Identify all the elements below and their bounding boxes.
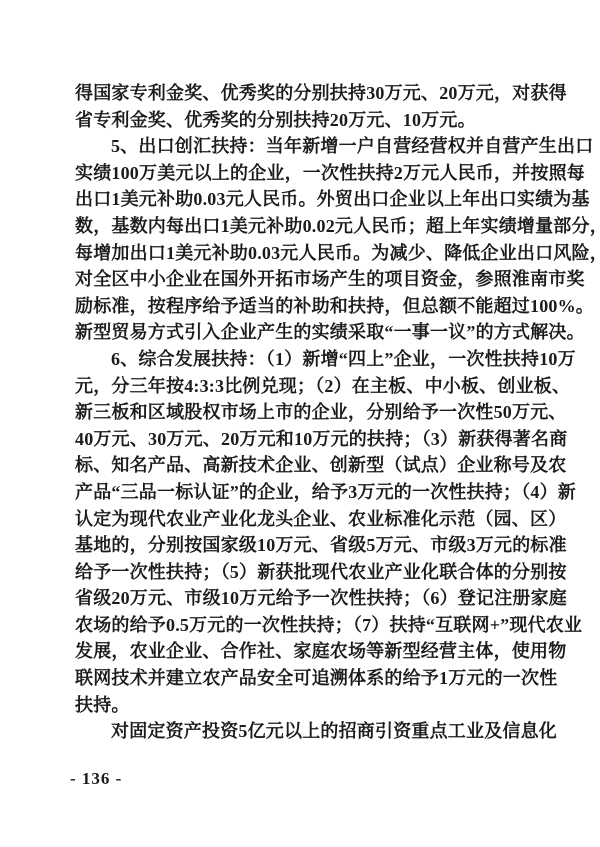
text-line: 联网技术并建立农产品安全可追溯体系的给予1万元的一次性 xyxy=(75,665,526,692)
text-line: 产品“三品一标认证”的企业，给予3万元的一次性扶持；（4）新 xyxy=(75,479,526,506)
document-content: 得国家专利金奖、优秀奖的分别扶持30万元、20万元，对获得省专利金奖、优秀奖的分… xyxy=(75,80,526,745)
text-line: 对全区中小企业在国外开拓市场产生的项目资金，参照淮南市奖 xyxy=(75,266,526,293)
page-footer: - 136 - xyxy=(70,768,122,790)
text-line: 出口1美元补助0.03元人民币。外贸出口企业以上年出口实绩为基 xyxy=(75,186,526,213)
document-page: 得国家专利金奖、优秀奖的分别扶持30万元、20万元，对获得省专利金奖、优秀奖的分… xyxy=(0,0,600,847)
text-line: 对固定资产投资5亿元以上的招商引资重点工业及信息化 xyxy=(75,718,526,745)
text-line: 省专利金奖、优秀奖的分别扶持20万元、10万元。 xyxy=(75,107,526,134)
text-line: 新型贸易方式引入企业产生的实绩采取“一事一议”的方式解决。 xyxy=(75,319,526,346)
text-line: 标、知名产品、高新技术企业、创新型（试点）企业称号及农 xyxy=(75,452,526,479)
text-line: 励标准，按程序给予适当的补助和扶持，但总额不能超过100%。 xyxy=(75,293,526,320)
text-line: 认定为现代农业产业化龙头企业、农业标准化示范（园、区） xyxy=(75,506,526,533)
text-line: 每增加出口1美元补助0.03元人民币。为减少、降低企业出口风险， xyxy=(75,240,526,267)
text-line: 基地的，分别按国家级10万元、省级5万元、市级3万元的标准 xyxy=(75,532,526,559)
text-line: 农场的给予0.5万元的一次性扶持；（7）扶持“互联网+”现代农业 xyxy=(75,612,526,639)
text-line: 给予一次性扶持；（5）新获批现代农业产业化联合体的分别按 xyxy=(75,559,526,586)
text-line: 得国家专利金奖、优秀奖的分别扶持30万元、20万元，对获得 xyxy=(75,80,526,107)
text-line: 省级20万元、市级10万元给予一次性扶持；（6）登记注册家庭 xyxy=(75,585,526,612)
text-line: 数，基数内每出口1美元补助0.02元人民币；超上年实绩增量部分， xyxy=(75,213,526,240)
text-line: 40万元、30万元、20万元和10万元的扶持；（3）新获得著名商 xyxy=(75,426,526,453)
text-line: 实绩100万美元以上的企业，一次性扶持2万元人民币，并按照每 xyxy=(75,160,526,187)
text-line: 扶持。 xyxy=(75,692,526,719)
page-number: - 136 - xyxy=(70,769,122,788)
text-line: 发展，农业企业、合作社、家庭农场等新型经营主体，使用物 xyxy=(75,638,526,665)
text-line: 元，分三年按4:3:3比例兑现；（2）在主板、中小板、创业板、 xyxy=(75,373,526,400)
text-line: 5、出口创汇扶持：当年新增一户自营经营权并自营产生出口 xyxy=(75,133,526,160)
text-line: 新三板和区域股权市场上市的企业，分别给予一次性50万元、 xyxy=(75,399,526,426)
text-line: 6、综合发展扶持：（1）新增“四上”企业，一次性扶持10万 xyxy=(75,346,526,373)
